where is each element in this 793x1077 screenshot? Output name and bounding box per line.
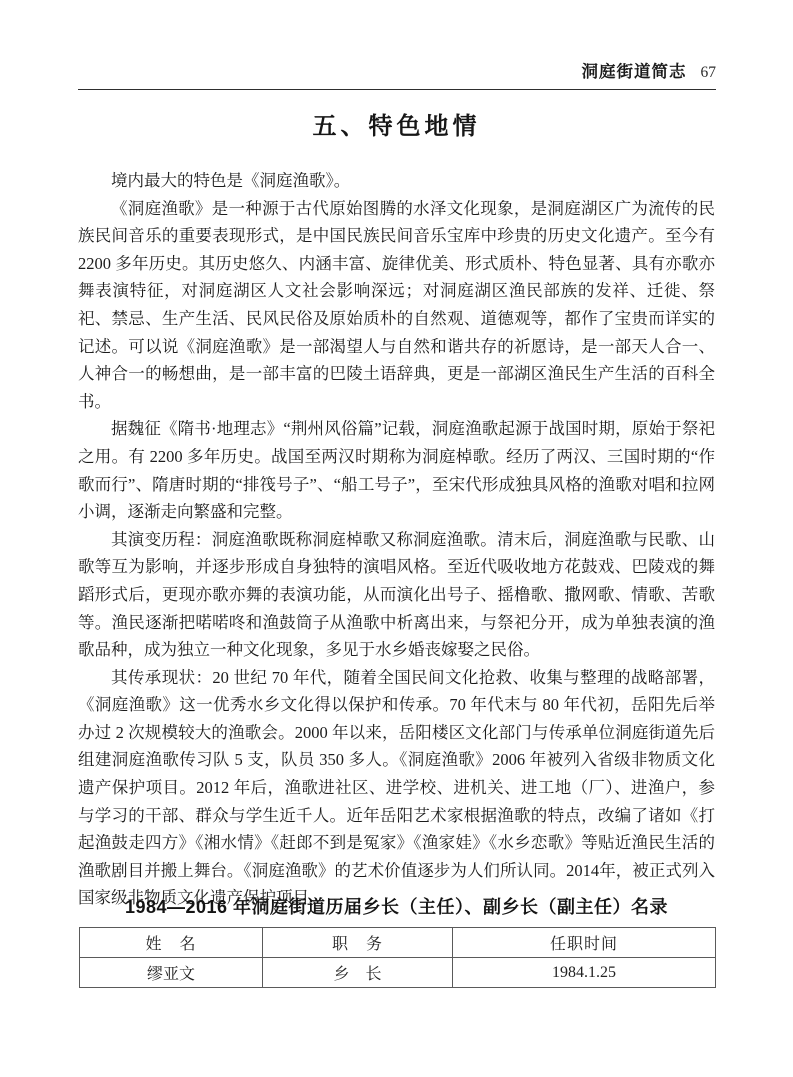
cell-tenure: 1984.1.25	[453, 958, 716, 988]
running-header: 洞庭街道简志67	[78, 58, 716, 90]
paragraph-evolution: 其演变历程：洞庭渔歌既称洞庭棹歌又称洞庭渔歌。清末后，洞庭渔歌与民歌、山歌等互为…	[78, 526, 715, 664]
table-row: 缪亚文 乡 长 1984.1.25	[80, 958, 716, 988]
column-header-tenure: 任职时间	[453, 928, 716, 958]
table-header-row: 姓 名 职 务 任职时间	[80, 928, 716, 958]
running-title: 洞庭街道简志	[582, 63, 687, 81]
cell-name: 缪亚文	[80, 958, 263, 988]
paragraph-intro: 境内最大的特色是《洞庭渔歌》。	[78, 167, 715, 195]
paragraph-inheritance: 其传承现状：20 世纪 70 年代，随着全国民间文化抢救、收集与整理的战略部署，…	[78, 664, 715, 912]
roster-table-title: 1984—2016 年洞庭街道历届乡长（主任）、副乡长（副主任）名录	[0, 893, 793, 919]
roster-table: 姓 名 职 务 任职时间 缪亚文 乡 长 1984.1.25	[79, 927, 716, 988]
column-header-duty: 职 务	[263, 928, 453, 958]
body-text: 境内最大的特色是《洞庭渔歌》。 《洞庭渔歌》是一种源于古代原始图腾的水泽文化现象…	[78, 167, 715, 912]
paragraph-origin: 据魏征《隋书·地理志》“荆州风俗篇”记载，洞庭渔歌起源于战国时期，原始于祭祀之用…	[78, 415, 715, 525]
section-title: 五、特色地情	[0, 106, 793, 141]
cell-duty: 乡 长	[263, 958, 453, 988]
column-header-name: 姓 名	[80, 928, 263, 958]
page-number: 67	[701, 64, 717, 81]
paragraph-overview: 《洞庭渔歌》是一种源于古代原始图腾的水泽文化现象，是洞庭湖区广为流传的民族民间音…	[78, 195, 715, 416]
document-page: 洞庭街道简志67 五、特色地情 境内最大的特色是《洞庭渔歌》。 《洞庭渔歌》是一…	[0, 0, 793, 1077]
